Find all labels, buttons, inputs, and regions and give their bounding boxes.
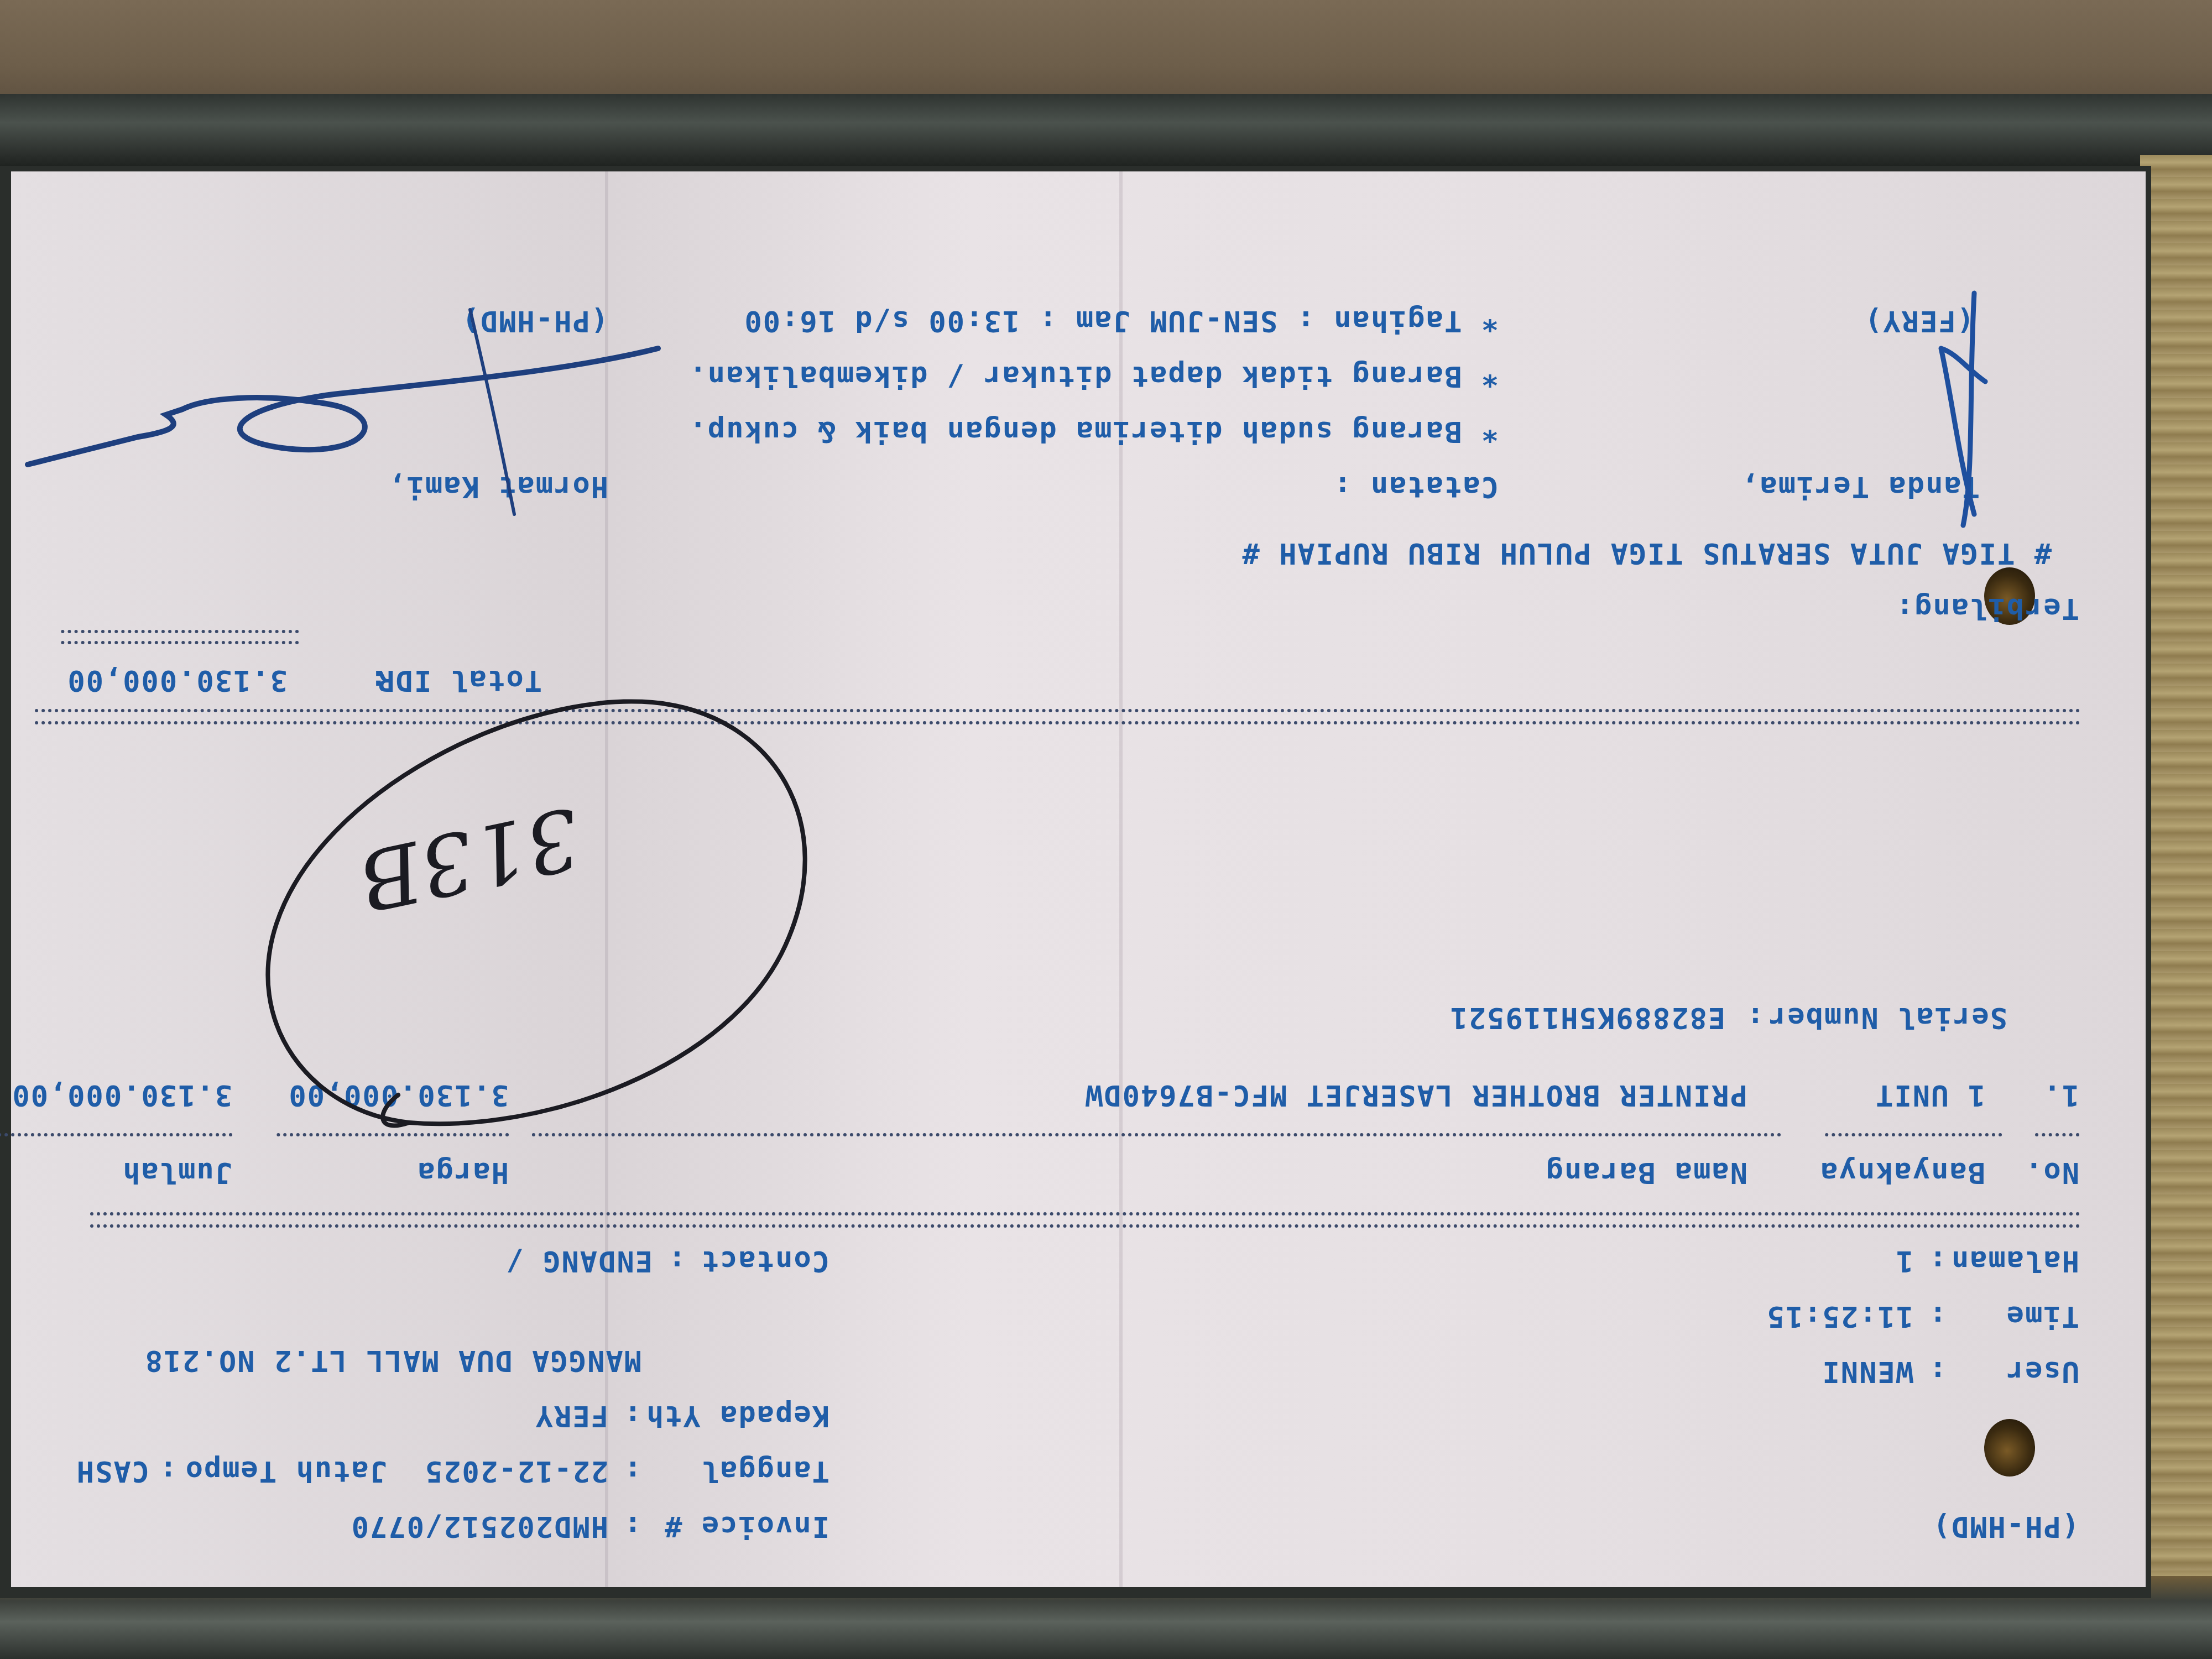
separator-double bbox=[88, 1207, 2079, 1215]
invoice-label: Invoice # bbox=[664, 1510, 830, 1543]
time-value: 11:25:15 bbox=[1766, 1300, 1913, 1333]
circled-note-outline bbox=[238, 691, 874, 1145]
colon: : bbox=[1928, 1244, 1947, 1277]
colon: : bbox=[667, 1244, 686, 1277]
serial-label: Serial Number bbox=[1768, 1001, 2007, 1034]
row-no: 1. bbox=[2042, 1078, 2079, 1112]
col-header-no: No. bbox=[2024, 1156, 2079, 1189]
punch-hole-top bbox=[1984, 1419, 2035, 1477]
row-amount: 3.130.000,00 bbox=[11, 1078, 232, 1112]
receiver-signature bbox=[1841, 282, 2007, 536]
colon: : bbox=[1928, 1355, 1947, 1388]
col-header-qty: Banyaknya bbox=[1819, 1156, 1985, 1189]
separator-double bbox=[88, 1219, 2079, 1228]
serial-number: E82889K5H119521 bbox=[1449, 1001, 1725, 1034]
note-item: * Tagihan : SEN-JUM Jam : 13:00 s/d 16:0… bbox=[743, 304, 1499, 337]
terbilang-value: # TIGA JUTA SERATUS TIGA PULUH RIBU RUPI… bbox=[1241, 536, 2052, 570]
notes-title: Catatan : bbox=[1333, 470, 1499, 503]
date-value: 22-12-2025 bbox=[424, 1454, 608, 1488]
recipient-label: Kepada Yth bbox=[645, 1399, 830, 1432]
note-item: * Barang sudah diterima dengan baik & cu… bbox=[688, 415, 1499, 448]
colon: : bbox=[623, 1510, 641, 1543]
colon: : bbox=[1928, 1300, 1947, 1333]
separator-dash bbox=[0, 1128, 232, 1136]
separator-dash bbox=[2035, 1128, 2079, 1136]
user-label: User bbox=[2006, 1355, 2079, 1388]
clipboard-frame-top bbox=[0, 94, 2212, 166]
date-label: Tanggal bbox=[701, 1454, 830, 1488]
total-underline bbox=[61, 624, 299, 633]
branch-code: (PH-HMD) bbox=[1932, 1510, 2079, 1543]
separator-dash bbox=[1825, 1128, 2002, 1136]
time-label: Time bbox=[2006, 1300, 2079, 1333]
recipient-name: FERY bbox=[535, 1399, 608, 1432]
row-qty: 1 UNIT bbox=[1875, 1078, 1985, 1112]
colon: : bbox=[623, 1399, 641, 1432]
contact-label: Contact bbox=[701, 1244, 830, 1277]
col-header-amount: Jumlah bbox=[122, 1156, 232, 1189]
recipient-address: MANGGA DUA MALL LT.2 NO.218 bbox=[144, 1344, 641, 1377]
colon: : bbox=[159, 1454, 177, 1488]
contact-value: ENDANG / bbox=[505, 1244, 653, 1277]
col-header-price: Harga bbox=[416, 1156, 509, 1189]
invoice-paper: (PH-HMD) User : WENNI Time : 11:25:15 Ha… bbox=[11, 171, 2146, 1587]
due-label: Jatuh Tempo bbox=[185, 1454, 387, 1488]
row-item: PRINTER BROTHER LASERJET MFC-B7640DW bbox=[1084, 1078, 1747, 1112]
note-item: * Barang tidak dapat ditukar / dikembali… bbox=[688, 359, 1499, 393]
user-value: WENNI bbox=[1821, 1355, 1913, 1388]
due-value: CASH bbox=[76, 1454, 149, 1488]
page-value: 1 bbox=[1895, 1244, 1913, 1277]
col-header-item: Nama Barang bbox=[1545, 1156, 1747, 1189]
colon: : bbox=[623, 1454, 641, 1488]
colon: : bbox=[1746, 1001, 1764, 1034]
page-label: Halaman bbox=[1950, 1244, 2079, 1277]
invoice-number: HMD202512/0770 bbox=[351, 1510, 608, 1543]
sender-signature bbox=[17, 282, 680, 547]
terbilang-label: Terbilang: bbox=[1895, 592, 2079, 625]
total-underline bbox=[61, 635, 299, 644]
